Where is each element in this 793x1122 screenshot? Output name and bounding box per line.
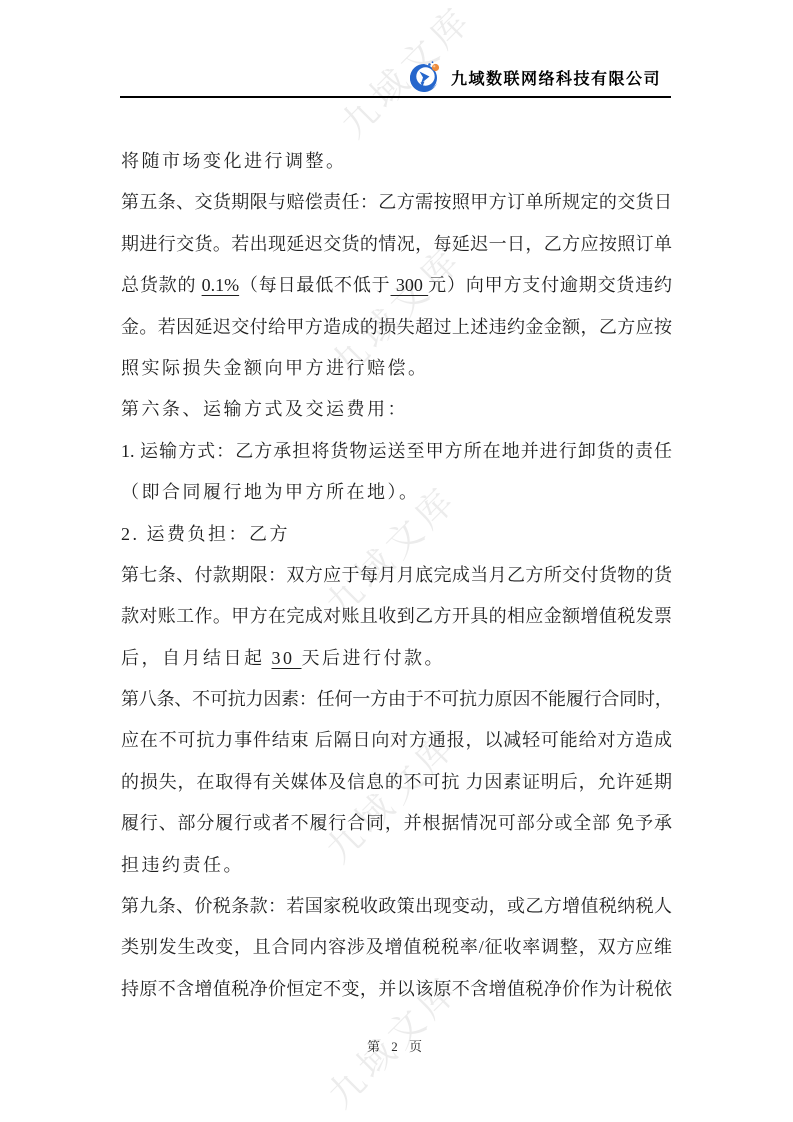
text-segment: 的损失，在取得有关媒体及信息的不可抗 力因素证明后，允许延期	[121, 772, 672, 792]
text-segment: 款对账工作。甲方在完成对账且收到乙方开具的相应金额增值税发票	[121, 606, 672, 626]
underlined-value: 30	[272, 648, 302, 668]
body-line: 第八条、不可抗力因素：任何一方由于不可抗力原因不能履行合同时，	[121, 679, 672, 720]
text-segment: （每日最低不低于	[239, 275, 390, 295]
text-segment: 元）向甲方支付逾期交货违约	[428, 275, 672, 295]
text-segment: 金。若因延迟交付给甲方造成的损失超过上述违约金金额，乙方应按	[121, 317, 672, 337]
text-segment: 后，自月结日起	[121, 648, 272, 668]
body-line: 1. 运输方式：乙方承担将货物运送至甲方所在地并进行卸货的责任	[121, 431, 672, 472]
contract-body: 将随市场变化进行调整。第五条、交货期限与赔偿责任：乙方需按照甲方订单所规定的交货…	[121, 141, 672, 1010]
underlined-value: 300	[391, 275, 429, 295]
company-logo-icon	[407, 59, 441, 95]
body-line: 履行、部分履行或者不履行合同，并根据情况可部分或全部 免予承	[121, 803, 672, 844]
text-segment: 2. 运费负担：乙方	[121, 524, 290, 544]
body-line: 应在不可抗力事件结束 后隔日向对方通报，以减轻可能给对方造成	[121, 720, 672, 761]
page-header: 九域数联网络科技有限公司	[407, 58, 661, 96]
text-segment: （即合同履行地为甲方所在地）。	[121, 482, 420, 502]
body-line: 照实际损失金额向甲方进行赔偿。	[121, 348, 672, 389]
text-segment: 第五条、交货期限与赔偿责任：乙方需按照甲方订单所规定的交货日	[121, 192, 672, 212]
text-segment: 担违约责任。	[121, 855, 244, 875]
text-segment: 第七条、付款期限：双方应于每月月底完成当月乙方所交付货物的货	[121, 565, 672, 585]
text-segment: 期进行交货。若出现延迟交货的情况，每延迟一日，乙方应按照订单	[121, 234, 672, 254]
body-line: 期进行交货。若出现延迟交货的情况，每延迟一日，乙方应按照订单	[121, 224, 672, 265]
body-line: 金。若因延迟交付给甲方造成的损失超过上述违约金金额，乙方应按	[121, 307, 672, 348]
text-segment: 持原不含增值税净价恒定不变，并以该原不含增值税净价作为计税依	[121, 979, 672, 999]
body-line: 第五条、交货期限与赔偿责任：乙方需按照甲方订单所规定的交货日	[121, 182, 672, 223]
body-line: 担违约责任。	[121, 845, 672, 886]
body-line: 将随市场变化进行调整。	[121, 141, 672, 182]
text-segment: 天后进行付款。	[302, 648, 446, 668]
underlined-value: 0.1%	[202, 275, 240, 295]
text-segment: 照实际损失金额向甲方进行赔偿。	[121, 358, 429, 378]
body-line: 持原不含增值税净价恒定不变，并以该原不含增值税净价作为计税依	[121, 969, 672, 1010]
body-line: 后，自月结日起 30 天后进行付款。	[121, 638, 672, 679]
text-segment: 应在不可抗力事件结束 后隔日向对方通报，以减轻可能给对方造成	[121, 730, 672, 750]
company-name: 九域数联网络科技有限公司	[451, 66, 661, 89]
text-segment: 第八条、不可抗力因素：任何一方由于不可抗力原因不能履行合同时，	[121, 689, 672, 709]
body-line: 总货款的 0.1%（每日最低不低于 300 元）向甲方支付逾期交货违约	[121, 265, 672, 306]
text-segment: 履行、部分履行或者不履行合同，并根据情况可部分或全部 免予承	[121, 813, 672, 833]
text-segment: 类别发生改变，且合同内容涉及增值税税率/征收率调整，双方应维	[121, 937, 672, 957]
body-line: 的损失，在取得有关媒体及信息的不可抗 力因素证明后，允许延期	[121, 762, 672, 803]
body-line: 款对账工作。甲方在完成对账且收到乙方开具的相应金额增值税发票	[121, 596, 672, 637]
text-segment: 1. 运输方式：乙方承担将货物运送至甲方所在地并进行卸货的责任	[121, 441, 672, 461]
body-line: 第九条、价税条款：若国家税收政策出现变动，或乙方增值税纳税人	[121, 886, 672, 927]
body-line: 2. 运费负担：乙方	[121, 514, 672, 555]
text-segment: 将随市场变化进行调整。	[121, 151, 347, 171]
text-segment: 总货款的	[121, 275, 202, 295]
body-line: 第七条、付款期限：双方应于每月月底完成当月乙方所交付货物的货	[121, 555, 672, 596]
body-line: 类别发生改变，且合同内容涉及增值税税率/征收率调整，双方应维	[121, 927, 672, 968]
header-divider	[120, 96, 671, 98]
text-segment: 第六条、运输方式及交运费用：	[121, 399, 408, 419]
body-line: 第六条、运输方式及交运费用：	[121, 389, 672, 430]
body-line: （即合同履行地为甲方所在地）。	[121, 472, 672, 513]
page-number: 第 2 页	[0, 1036, 793, 1055]
document-page: 九域文库九域文库九域文库九域文库九域文库 九域数联网络科技有限公司 将随市场变化…	[0, 0, 793, 1122]
text-segment: 第九条、价税条款：若国家税收政策出现变动，或乙方增值税纳税人	[121, 896, 672, 916]
